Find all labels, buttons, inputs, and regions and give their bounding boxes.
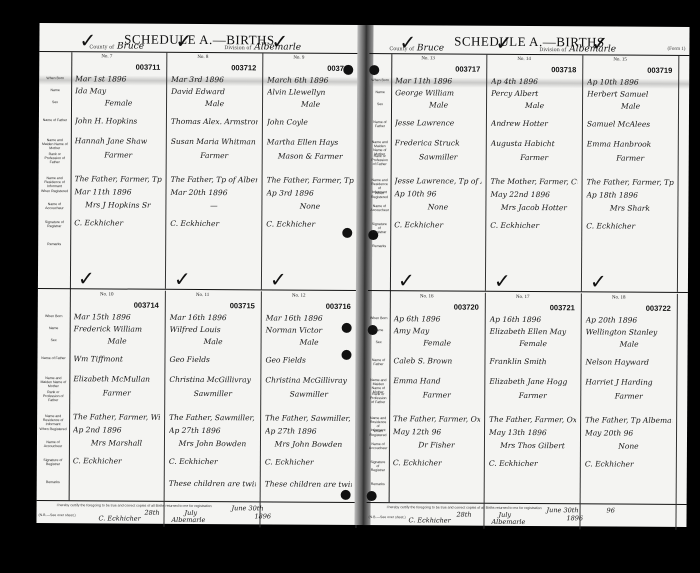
field-father-profession: Farmer (171, 151, 258, 161)
birth-entry: ✓No. 14003718Ap 4th 1896Percy AlbertMale… (486, 55, 583, 292)
birth-entry: ✓No. 10003714Mar 15th 1896Frederick Will… (68, 290, 165, 527)
footer-date-to: June 30th (232, 504, 264, 512)
field-father: Geo Fields (169, 355, 256, 365)
field-when-registered: May 13th 1896 (489, 428, 576, 438)
field-when-registered: Ap 2nd 1896 (73, 425, 160, 435)
field-name: Wellington Stanley (586, 327, 673, 337)
field-registrar: C. Eckhicher (585, 459, 672, 469)
serial-number: 003720 (454, 303, 479, 312)
field-name: George William (395, 88, 482, 98)
field-accoucheur: Mrs Shark (586, 203, 673, 213)
field-registrar: C. Eckhicher (266, 219, 353, 229)
field-informant: The Father, Sawmiller, Oxenden (265, 413, 352, 423)
field-label: Name of Accoucheur (369, 442, 387, 450)
field-father-profession: Farmer (585, 391, 672, 401)
registration-number: No. 9 (293, 56, 304, 61)
registration-number: No. 11 (196, 293, 209, 298)
field-mother: Emma Hanbrook (587, 139, 674, 149)
binding-hole (343, 65, 353, 75)
birth-entry: ✓No. 18003722Ap 20th 1896Wellington Stan… (580, 293, 677, 530)
field-label: When Born (41, 76, 69, 80)
field-mother: Emma Hand (393, 376, 480, 386)
field-name: Amy May (394, 326, 481, 336)
field-registrar: C. Eckhicher (74, 218, 161, 228)
field-registrar: C. Eckhicher (170, 219, 257, 229)
field-label: Signature of Registrar (40, 220, 68, 228)
field-mother: Elizabeth Jane Hogg (489, 377, 576, 387)
field-informant: The Father, Farmer, Oxenden (489, 415, 576, 425)
field-label: When Registered (39, 427, 67, 431)
field-label: When Born (371, 78, 389, 82)
field-remarks (73, 478, 160, 479)
field-remarks (490, 243, 577, 244)
field-mother: Christina McGillivray (169, 375, 256, 385)
field-father: Andrew Hotter (491, 119, 578, 129)
field-father-profession: Mason & Farmer (267, 151, 354, 161)
field-label: Name and Residence of Informant (41, 176, 69, 188)
field-when-born: Mar 16th 1896 (266, 313, 353, 323)
birth-entry: ✓No. 16003720Ap 6th 1896Amy MayFemaleCal… (388, 292, 485, 529)
registration-number: No. 15 (613, 58, 627, 63)
birth-entry: ✓No. 17003721Ap 16th 1896Elizabeth Ellen… (484, 293, 581, 530)
checkmark-icon: ✓ (591, 33, 608, 53)
field-when-born: Mar 11th 1896 (395, 76, 482, 86)
serial-number: 003719 (647, 66, 672, 75)
field-informant: The Father, Farmer, Oxenden (393, 414, 480, 424)
field-remarks (586, 243, 673, 244)
left-page: SCHEDULE A.—BIRTHS County ofBruce Divisi… (36, 23, 359, 525)
registration-number: No. 8 (197, 55, 208, 60)
entries-grid: When BornNameSexName of FatherName and M… (37, 51, 360, 503)
entries-grid: When BornNameSexName of FatherName and M… (367, 53, 690, 505)
field-label: Name of Accoucheur (370, 204, 388, 212)
field-label: Rank or Profession of Father (39, 390, 67, 402)
field-label: Name of Father (39, 356, 67, 360)
field-label: Sex (371, 102, 389, 106)
field-registrar: C. Eckhicher (393, 458, 480, 468)
certification-footer: I hereby certify the foregoing to be tru… (36, 501, 356, 525)
field-accoucheur: Mrs J Hopkins Sr (74, 200, 161, 210)
field-sex: Male (267, 99, 354, 109)
field-remarks (74, 240, 161, 241)
field-label: Name of Father (369, 358, 387, 366)
registration-number: No. 18 (612, 296, 626, 301)
registration-number: No. 14 (517, 57, 531, 62)
field-label: Name (40, 326, 68, 330)
field-sex: Male (587, 101, 674, 111)
field-label: Name (371, 90, 389, 94)
field-when-registered: Ap 27th 1896 (169, 426, 256, 436)
field-sex: Male (74, 336, 161, 346)
serial-number: 003716 (326, 302, 351, 311)
field-when-registered: Ap 27th 1896 (265, 426, 352, 436)
field-father-profession: Farmer (73, 388, 160, 398)
field-label: When Born (370, 316, 388, 320)
field-label: Rank or Profession of Father (371, 154, 389, 166)
field-name: David Edward (171, 87, 258, 97)
field-informant: The Father, Farmer, Tp Albemarle (267, 175, 354, 185)
field-registrar: C. Eckhicher (169, 457, 256, 467)
field-father-profession: Farmer (393, 390, 480, 400)
field-sex: Male (170, 337, 257, 347)
checkmark-icon: ✓ (494, 271, 511, 291)
field-label: When Registered (370, 191, 388, 199)
field-label: Signature of Registrar (39, 458, 67, 466)
field-sex: Female (490, 339, 577, 349)
field-sex: Male (171, 99, 258, 109)
registration-number: No. 12 (292, 294, 306, 299)
field-informant: The Father, Tp Albemarle (585, 415, 672, 425)
field-when-born: March 6th 1896 (267, 75, 354, 85)
field-label: Sex (40, 338, 68, 342)
checkmark-icon: ✓ (270, 269, 287, 289)
field-name: Elizabeth Ellen May (490, 327, 577, 337)
field-accoucheur: Mrs Jacob Hotter (490, 203, 577, 213)
birth-entry: ✓No. 9003713March 6th 1896Alvin Llewelly… (262, 53, 359, 290)
field-registrar: C. Eckhicher (73, 456, 160, 466)
field-accoucheur: Dr Fisher (393, 440, 480, 450)
field-when-born: Ap 16th 1896 (490, 315, 577, 325)
field-father-profession: Farmer (491, 153, 578, 163)
field-sex: Male (395, 100, 482, 110)
field-informant: The Father, Sawmiller, Oxenden (169, 413, 256, 423)
field-label: Name and Maiden Name of Mother (39, 376, 67, 388)
footer-division: Albemarle (171, 516, 205, 524)
field-father: Geo Fields (265, 355, 352, 365)
field-father-profession: Farmer (75, 150, 162, 160)
field-mother: Christina McGillivray (265, 375, 352, 385)
field-accoucheur: Mrs John Bowden (265, 439, 352, 449)
serial-number: 003712 (231, 63, 256, 72)
field-label: Remarks (39, 480, 67, 484)
birth-entry: ✓No. 8003712Mar 3rd 1896David EdwardMale… (166, 53, 263, 290)
field-informant: The Father, Farmer, Tp of Albemarle (75, 174, 162, 184)
field-registrar: C. Eckhicher (394, 220, 481, 230)
binding-hole (342, 323, 352, 333)
right-page: SCHEDULE A.—BIRTHS County ofBruce Divisi… (366, 25, 689, 527)
binding-hole (341, 490, 351, 500)
field-when-registered: May 22nd 1896 (490, 190, 577, 200)
register-spread: SCHEDULE A.—BIRTHS County ofBruce Divisi… (36, 23, 689, 527)
field-label: Name of Accoucheur (39, 440, 67, 448)
field-when-born: Mar 3rd 1896 (171, 75, 258, 85)
footer-note: (N.B.—See over sheet.) (369, 515, 406, 519)
field-remarks: These children are twins (169, 479, 256, 489)
footer-day: 28th (145, 509, 160, 517)
checkmark-icon: ✓ (271, 31, 288, 51)
field-when-registered: May 20th 96 (585, 428, 672, 438)
field-registrar: C. Eckhicher (586, 221, 673, 231)
serial-number: 003714 (134, 301, 159, 310)
field-remarks (393, 480, 480, 481)
field-label: Rank or Profession of Father (369, 392, 387, 404)
field-accoucheur: Mrs Thos Gilbert (489, 441, 576, 451)
field-label: Name and Residence of Informant (39, 414, 67, 426)
serial-number: 003718 (551, 65, 576, 74)
field-registrar: C. Eckhicher (490, 221, 577, 231)
field-father-profession: Sawmiller (169, 389, 256, 399)
checkmark-icon: ✓ (78, 268, 95, 288)
field-sex: Male (586, 339, 673, 349)
birth-entry: ✓No. 13003717Mar 11th 1896George William… (390, 54, 487, 291)
field-label: When Registered (40, 189, 68, 193)
field-father: Samuel McAlees (587, 119, 674, 129)
checkmark-icon: ✓ (79, 30, 96, 50)
field-accoucheur: Mrs John Bowden (169, 439, 256, 449)
footer-year-short: 96 (607, 506, 615, 514)
field-when-born: Mar 16th 1896 (170, 313, 257, 323)
field-label: When Registered (369, 429, 387, 437)
field-name: Percy Albert (491, 89, 578, 99)
field-label: Name (370, 328, 388, 332)
field-when-born: Ap 10th 1896 (587, 77, 674, 87)
field-remarks: These children are twins (265, 479, 352, 489)
footer-signature: C. Eckhicher (98, 514, 140, 522)
certification-footer: I hereby certify the foregoing to be tru… (366, 503, 686, 527)
field-mother: Frederica Struck (395, 138, 482, 148)
field-label: Remarks (370, 244, 388, 248)
field-name: Ida May (75, 86, 162, 96)
form-number: (Form 1) (667, 47, 685, 52)
field-remarks (266, 241, 353, 242)
county-value: Bruce (417, 43, 444, 53)
field-accoucheur: None (394, 202, 481, 212)
field-sex: Female (394, 338, 481, 348)
field-informant: The Father, Farmer, Tp Albemarle (587, 177, 674, 187)
field-when-born: Ap 20th 1896 (586, 315, 673, 325)
field-father: John Coyle (267, 117, 354, 127)
field-label: Remarks (40, 242, 68, 246)
footer-year: 1896 (566, 514, 583, 522)
field-remarks (170, 241, 257, 242)
registration-number: No. 13 (421, 56, 435, 61)
division-label: Division of (224, 45, 251, 51)
division-field: Division ofAlbemarle (224, 42, 301, 52)
footer-signature: C. Eckhicher (408, 516, 450, 524)
field-mother: Harriet J Harding (585, 377, 672, 387)
field-mother: Elizabeth McMullan (73, 374, 160, 384)
field-accoucheur: None (266, 201, 353, 211)
checkmark-icon: ✓ (174, 269, 191, 289)
field-when-registered: May 12th 96 (393, 427, 480, 437)
field-when-registered: Ap 3rd 1896 (266, 188, 353, 198)
field-father: Nelson Hayward (585, 357, 672, 367)
field-when-born: Mar 15th 1896 (74, 312, 161, 322)
county-field: County ofBruce (89, 41, 144, 51)
registration-number: No. 10 (100, 292, 114, 297)
field-father-profession: Sawmiller (265, 389, 352, 399)
serial-number: 003717 (455, 65, 480, 74)
division-label: Division of (539, 47, 566, 53)
field-accoucheur: None (585, 441, 672, 451)
birth-entry: ✓No. 15003719Ap 10th 1896Herbert SamuelM… (582, 55, 679, 292)
field-father-profession: Farmer (489, 391, 576, 401)
field-when-registered: Mar 20th 1896 (170, 188, 257, 198)
registration-number: No. 16 (420, 294, 434, 299)
field-labels-column: When BornNameSexName of FatherName and M… (37, 52, 73, 500)
field-accoucheur: Mrs Marshall (73, 438, 160, 448)
field-informant: The Father, Tp of Albemarle (171, 175, 258, 185)
footer-date-to: June 30th (547, 506, 579, 514)
field-informant: The Mother, Farmer, Cunningh (491, 177, 578, 187)
footer-day: 28th (457, 511, 472, 519)
field-label: Rank or Profession of Father (41, 152, 69, 164)
footer-year: 1896 (254, 512, 271, 520)
field-mother: Augusta Habicht (491, 139, 578, 149)
serial-number: 003715 (230, 301, 255, 310)
field-father: John H. Hopkins (75, 116, 162, 126)
registration-number: No. 17 (516, 295, 530, 300)
footer-note: (N.B.—See over sheet.) (39, 513, 76, 517)
field-informant: Jesse Lawrence, Tp of Albemarle (395, 176, 482, 186)
field-informant: The Father, Farmer, Wiarton (73, 412, 160, 422)
field-remarks (394, 242, 481, 243)
field-when-registered: Mar 11th 1896 (74, 187, 161, 197)
field-label: When Born (40, 314, 68, 318)
field-mother: Hannah Jane Shaw (75, 136, 162, 146)
field-when-born: Ap 4th 1896 (491, 77, 578, 87)
field-father: Franklin Smith (489, 357, 576, 367)
field-father: Caleb S. Brown (393, 356, 480, 366)
field-name: Herbert Samuel (587, 89, 674, 99)
birth-entry: ✓No. 11003715Mar 16th 1896Wilfred LouisM… (164, 291, 261, 528)
certification-text: I hereby certify the foregoing to be tru… (57, 503, 212, 508)
field-registrar: C. Eckhicher (489, 459, 576, 469)
field-father: Thomas Alex. Armstrong (171, 117, 258, 127)
field-when-born: Mar 1st 1896 (75, 74, 162, 84)
checkmark-icon: ✓ (495, 33, 512, 53)
county-value: Bruce (117, 41, 144, 51)
certification-text: I hereby certify the foregoing to be tru… (387, 505, 542, 510)
serial-number: 003711 (136, 63, 161, 72)
field-father-profession: Sawmiller (395, 152, 482, 162)
field-when-registered: Ap 10th 96 (394, 189, 481, 199)
field-label: Sex (370, 340, 388, 344)
field-label: Name and Maiden Name of Mother (41, 138, 69, 150)
field-when-born: Ap 6th 1896 (394, 314, 481, 324)
checkmark-icon: ✓ (175, 31, 192, 51)
field-name: Norman Victor (266, 325, 353, 335)
checkmark-icon: ✓ (590, 271, 607, 291)
binding-hole (342, 228, 352, 238)
field-registrar: C. Eckhicher (265, 457, 352, 467)
footer-division: Albemarle (491, 518, 525, 526)
field-label: Name of Father (371, 120, 389, 128)
field-label: Sex (41, 100, 69, 104)
field-sex: Male (266, 337, 353, 347)
field-label: Name of Accoucheur (40, 202, 68, 210)
field-accoucheur: — (170, 201, 257, 211)
field-remarks (489, 481, 576, 482)
binding-hole (341, 350, 351, 360)
field-when-registered: Ap 18th 1896 (586, 190, 673, 200)
field-label: Name of Father (41, 118, 69, 122)
field-sex: Male (491, 101, 578, 111)
field-mother: Susan Maria Whitman (171, 137, 258, 147)
field-father: Wm Tiffmont (73, 354, 160, 364)
field-sex: Female (75, 98, 162, 108)
field-remarks (585, 481, 672, 482)
field-label: Remarks (369, 482, 387, 486)
field-name: Frederick William (74, 324, 161, 334)
county-field: County ofBruce (389, 43, 444, 53)
field-name: Alvin Llewellyn (267, 87, 354, 97)
field-label: Signature of Registrar (370, 222, 388, 234)
birth-entry: ✓No. 7003711Mar 1st 1896Ida MayFemaleJoh… (70, 52, 167, 289)
serial-number: 003722 (646, 304, 671, 313)
field-name: Wilfred Louis (170, 325, 257, 335)
registration-number: No. 7 (101, 54, 112, 59)
checkmark-icon: ✓ (398, 270, 415, 290)
serial-number: 003721 (550, 303, 575, 312)
field-label: Name (41, 88, 69, 92)
field-label: Signature of Registrar (369, 460, 387, 472)
field-father: Jesse Lawrence (395, 118, 482, 128)
field-mother: Martha Ellen Hays (267, 137, 354, 147)
checkmark-icon: ✓ (399, 32, 416, 52)
field-father-profession: Farmer (587, 153, 674, 163)
